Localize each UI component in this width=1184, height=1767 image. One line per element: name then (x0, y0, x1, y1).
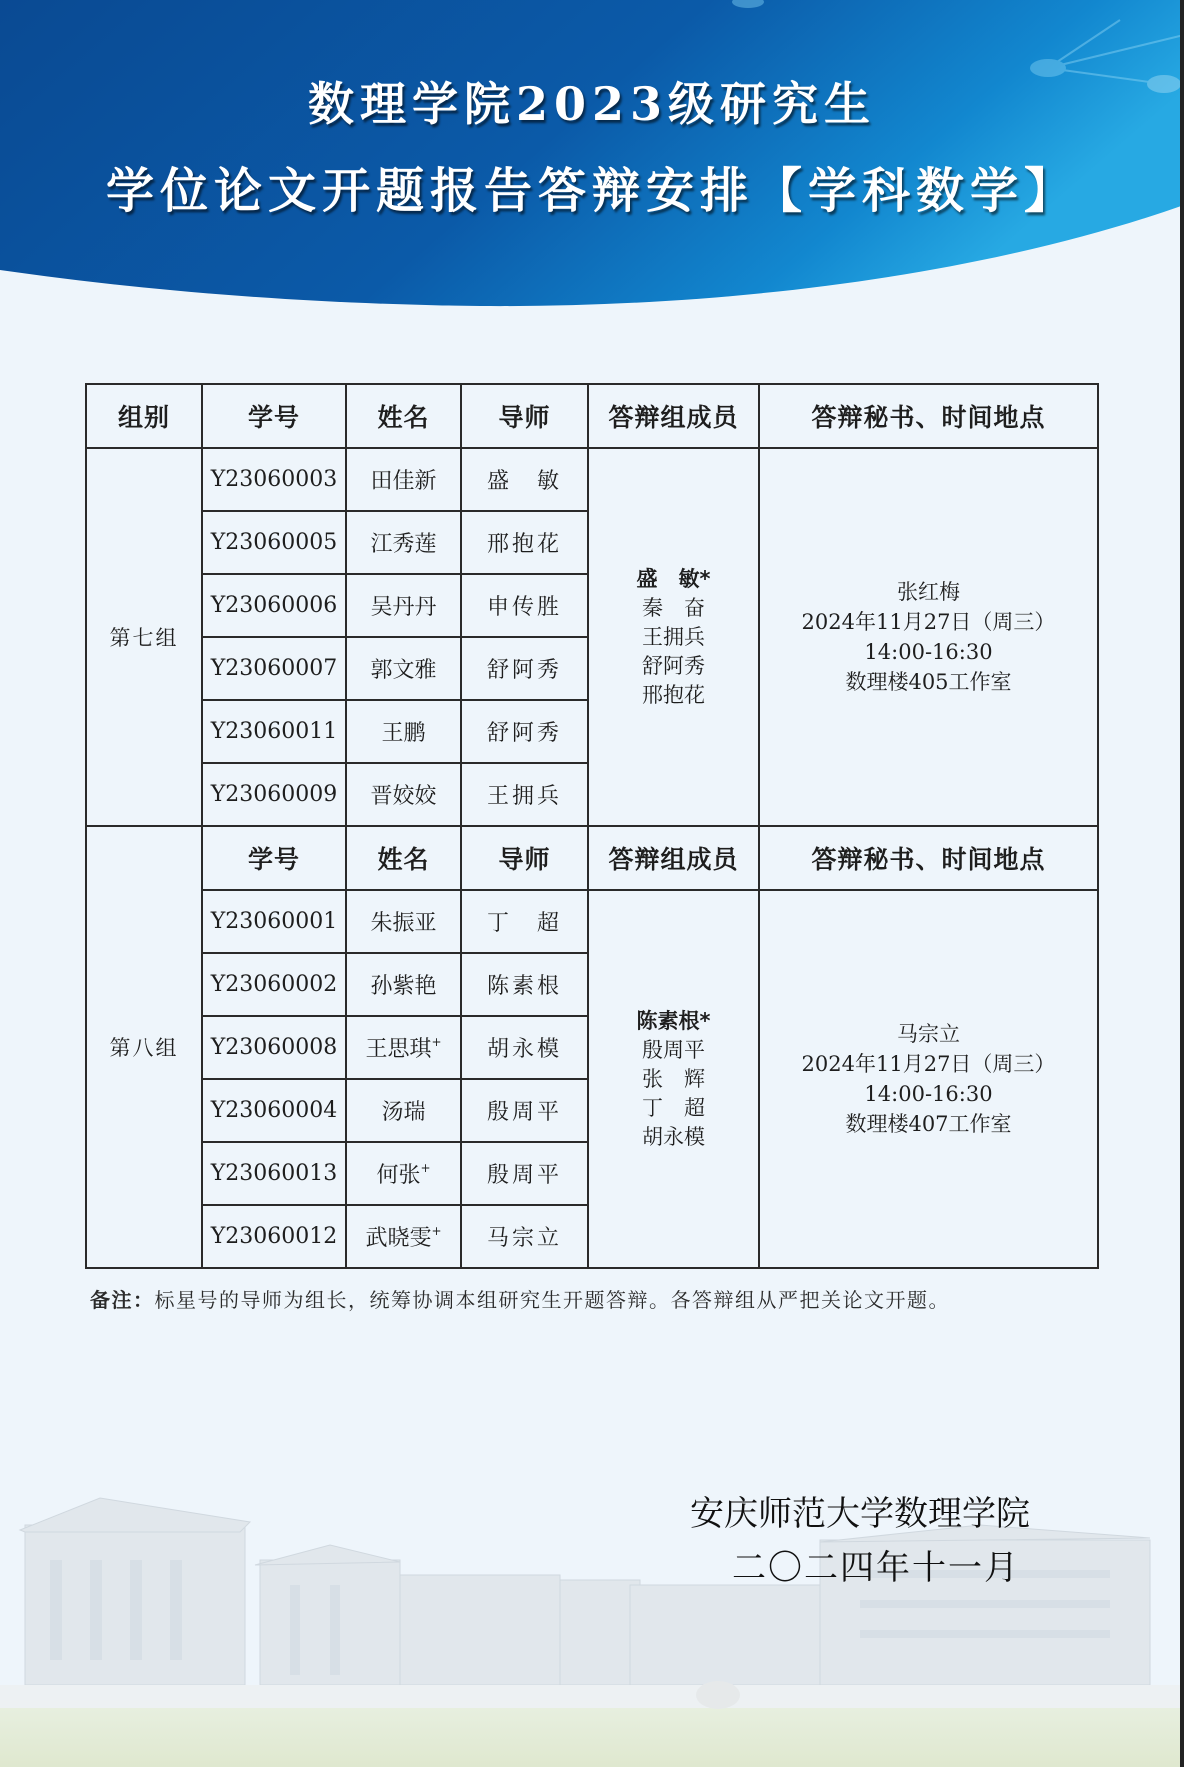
remark-label: 备注： (90, 1288, 155, 1312)
student-name: 郭文雅 (346, 637, 461, 700)
issuer-name: 安庆师范大学数理学院 (690, 1486, 1030, 1535)
student-id: Y23060003 (202, 448, 346, 511)
defense-date: 2024年11月27日（周三） (760, 1049, 1097, 1079)
tutor: 邢抱花 (461, 511, 588, 574)
defense-time: 14:00-16:30 (760, 1079, 1097, 1109)
committee-member: 舒阿秀 (589, 652, 758, 681)
student-id: Y23060012 (202, 1205, 346, 1268)
header-committee: 答辩组成员 (588, 384, 759, 448)
defense-place: 数理楼407工作室 (760, 1109, 1097, 1139)
tutor: 舒阿秀 (461, 700, 588, 763)
tutor: 胡永模 (461, 1016, 588, 1079)
student-name: 孙紫艳 (346, 953, 461, 1016)
student-name: 吴丹丹 (346, 574, 461, 637)
secretary-time-place-cell: 张红梅 2024年11月27日（周三） 14:00-16:30 数理楼405工作… (759, 448, 1098, 826)
student-id: Y23060002 (202, 953, 346, 1016)
page-edge-divider (1180, 0, 1184, 1767)
student-id: Y23060004 (202, 1079, 346, 1142)
header-name: 姓名 (346, 826, 461, 890)
header-tutor: 导师 (461, 384, 588, 448)
tutor: 殷周平 (461, 1142, 588, 1205)
secretary-time-place-cell: 马宗立 2024年11月27日（周三） 14:00-16:30 数理楼407工作… (759, 890, 1098, 1268)
header-group: 组别 (86, 384, 202, 448)
student-name: 何张+ (346, 1142, 461, 1205)
student-name: 田佳新 (346, 448, 461, 511)
secretary: 马宗立 (760, 1019, 1097, 1049)
committee-member: 邢抱花 (589, 681, 758, 710)
student-id: Y23060007 (202, 637, 346, 700)
tutor: 申传胜 (461, 574, 588, 637)
tutor: 盛 敏 (461, 448, 588, 511)
committee-member: 殷周平 (589, 1036, 758, 1065)
header-tutor: 导师 (461, 826, 588, 890)
defense-place: 数理楼405工作室 (760, 667, 1097, 697)
defense-date: 2024年11月27日（周三） (760, 607, 1097, 637)
group-label: 第七组 (86, 448, 202, 826)
student-name: 王鹏 (346, 700, 461, 763)
committee-cell: 陈素根* 殷周平 张 辉 丁 超 胡永模 (588, 890, 759, 1268)
secretary: 张红梅 (760, 577, 1097, 607)
tutor: 陈素根 (461, 953, 588, 1016)
remark-text: 标星号的导师为组长，统筹协调本组研究生开题答辩。各答辩组从严把关论文开题。 (155, 1288, 951, 1312)
student-id: Y23060008 (202, 1016, 346, 1079)
tutor: 王拥兵 (461, 763, 588, 826)
remark-note: 备注：标星号的导师为组长，统筹协调本组研究生开题答辩。各答辩组从严把关论文开题。 (90, 1284, 950, 1313)
header-name: 姓名 (346, 384, 461, 448)
table-row: 第七组 Y23060003 田佳新 盛 敏 盛 敏* 秦 奋 王拥兵 舒阿秀 邢… (86, 448, 1098, 511)
student-name: 晋姣姣 (346, 763, 461, 826)
header-student-id: 学号 (202, 826, 346, 890)
header-secretary-time-place: 答辩秘书、时间地点 (759, 384, 1098, 448)
student-id: Y23060009 (202, 763, 346, 826)
student-id: Y23060013 (202, 1142, 346, 1205)
tutor: 殷周平 (461, 1079, 588, 1142)
header-secretary-time-place: 答辩秘书、时间地点 (759, 826, 1098, 890)
committee-member: 秦 奋 (589, 594, 758, 623)
table-header-row: 组别 学号 姓名 导师 答辩组成员 答辩秘书、时间地点 (86, 384, 1098, 448)
student-name: 江秀莲 (346, 511, 461, 574)
student-id: Y23060006 (202, 574, 346, 637)
committee-cell: 盛 敏* 秦 奋 王拥兵 舒阿秀 邢抱花 (588, 448, 759, 826)
student-name: 武晓雯+ (346, 1205, 461, 1268)
committee-member: 王拥兵 (589, 623, 758, 652)
committee-member: 张 辉 (589, 1065, 758, 1094)
committee-member: 胡永模 (589, 1123, 758, 1152)
header-student-id: 学号 (202, 384, 346, 448)
student-id: Y23060005 (202, 511, 346, 574)
header-committee: 答辩组成员 (588, 826, 759, 890)
defense-time: 14:00-16:30 (760, 637, 1097, 667)
issue-date: 二〇二四年十一月 (732, 1540, 1020, 1589)
student-name: 王思琪+ (346, 1016, 461, 1079)
committee-leader: 陈素根* (589, 1007, 758, 1036)
title-line-1: 数理学院2023级研究生 (0, 68, 1184, 134)
tutor: 丁 超 (461, 890, 588, 953)
group-label: 第八组 (86, 826, 202, 1268)
tutor: 马宗立 (461, 1205, 588, 1268)
tutor: 舒阿秀 (461, 637, 588, 700)
student-name: 朱振亚 (346, 890, 461, 953)
student-id: Y23060011 (202, 700, 346, 763)
table-row: Y23060001 朱振亚 丁 超 陈素根* 殷周平 张 辉 丁 超 胡永模 马… (86, 890, 1098, 953)
title-line-2: 学位论文开题报告答辩安排【学科数学】 (0, 152, 1184, 221)
schedule-table: 组别 学号 姓名 导师 答辩组成员 答辩秘书、时间地点 第七组 Y2306000… (85, 383, 1099, 1269)
committee-leader: 盛 敏* (589, 565, 758, 594)
group-8-header-row: 第八组 学号 姓名 导师 答辩组成员 答辩秘书、时间地点 (86, 826, 1098, 890)
student-id: Y23060001 (202, 890, 346, 953)
student-name: 汤瑞 (346, 1079, 461, 1142)
committee-member: 丁 超 (589, 1094, 758, 1123)
